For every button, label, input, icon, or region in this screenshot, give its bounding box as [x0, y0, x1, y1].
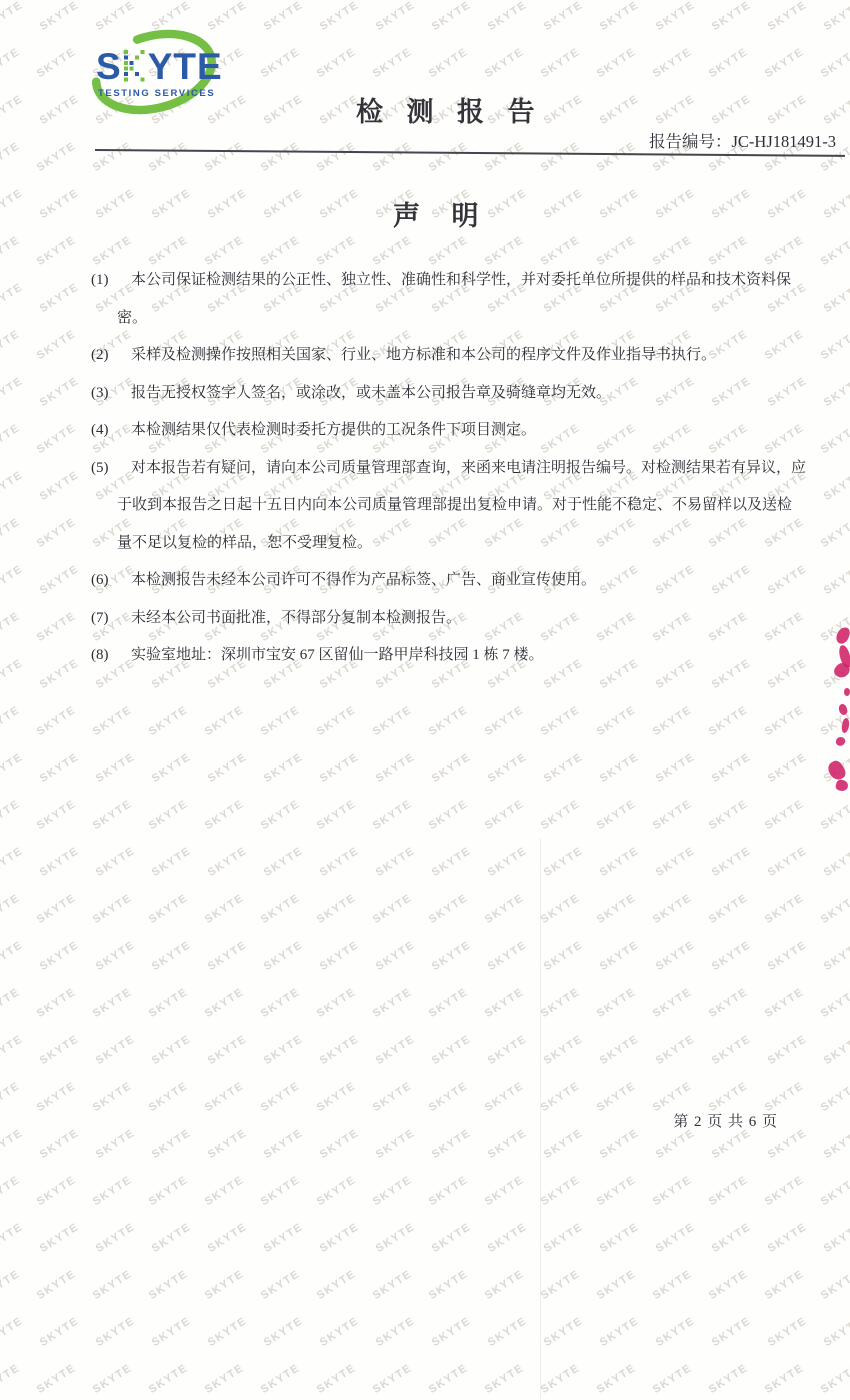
report-number-label: 报告编号：	[649, 132, 732, 151]
statement-text: 采样及检测操作按照相关国家、行业、地方标准和本公司的程序文件及作业指导书执行。	[105, 337, 811, 375]
stamp-fragment	[844, 688, 850, 696]
report-number-value: JC-HJ181491-3	[731, 132, 836, 151]
statement-text: 报告无授权签字人签名，或涂改，或未盖本公司报告章及骑缝章均无效。	[105, 375, 811, 413]
logo-wordmark: S YTE	[96, 48, 223, 85]
logo-letters-yte: YTE	[148, 48, 223, 85]
report-number: 报告编号：JC-HJ181491-3	[649, 128, 836, 152]
statement-text: 对本报告若有疑问，请向本公司质量管理部查询，来函来电请注明报告编号。对检测结果若…	[105, 450, 811, 563]
statement-item-2: (2) 采样及检测操作按照相关国家、行业、地方标准和本公司的程序文件及作业指导书…	[91, 337, 816, 375]
statement-text: 本公司保证检测结果的公正性、独立性、准确性和科学性，并对委托单位所提供的样品和技…	[105, 262, 811, 337]
statement-text: 本检测报告未经本公司许可不得作为产品标签、广告、商业宣传使用。	[105, 562, 811, 600]
report-title: 检 测 报 告	[356, 90, 543, 129]
statement-item-6: (6) 本检测报告未经本公司许可不得作为产品标签、广告、商业宣传使用。	[91, 562, 816, 600]
logo-letter-s: S	[96, 48, 122, 85]
statement-item-4: (4) 本检测结果仅代表检测时委托方提供的工况条件下项目测定。	[91, 412, 816, 450]
statement-item-8: (8) 实验室地址：深圳市宝安 67 区留仙一路甲岸科技园 1 栋 7 楼。	[91, 637, 816, 675]
page-footer: 第 2 页 共 6 页	[673, 1110, 778, 1131]
statements-list: (1) 本公司保证检测结果的公正性、独立性、准确性和科学性，并对委托单位所提供的…	[91, 262, 816, 675]
scanned-report-page: SKYTESKYTESKYTESKYTESKYTESKYTESKYTESKYTE…	[0, 0, 850, 1400]
logo-subtitle: TESTING SERVICES	[98, 88, 215, 99]
statement-item-3: (3) 报告无授权签字人签名，或涂改，或未盖本公司报告章及骑缝章均无效。	[91, 375, 816, 413]
statement-text: 本检测结果仅代表检测时委托方提供的工况条件下项目测定。	[105, 412, 811, 450]
statement-item-1: (1) 本公司保证检测结果的公正性、独立性、准确性和科学性，并对委托单位所提供的…	[91, 262, 816, 337]
logo: S YTE TESTING SERVICES	[84, 26, 219, 118]
statement-item-5: (5) 对本报告若有疑问，请向本公司质量管理部查询，来函来电请注明报告编号。对检…	[91, 450, 816, 563]
section-title: 声 明	[393, 194, 491, 233]
statement-item-7: (7) 未经本公司书面批准，不得部分复制本检测报告。	[91, 600, 816, 638]
statement-text: 实验室地址：深圳市宝安 67 区留仙一路甲岸科技园 1 栋 7 楼。	[105, 637, 811, 675]
statement-text: 未经本公司书面批准，不得部分复制本检测报告。	[105, 600, 811, 638]
logo-k-pixels-icon	[124, 50, 146, 83]
